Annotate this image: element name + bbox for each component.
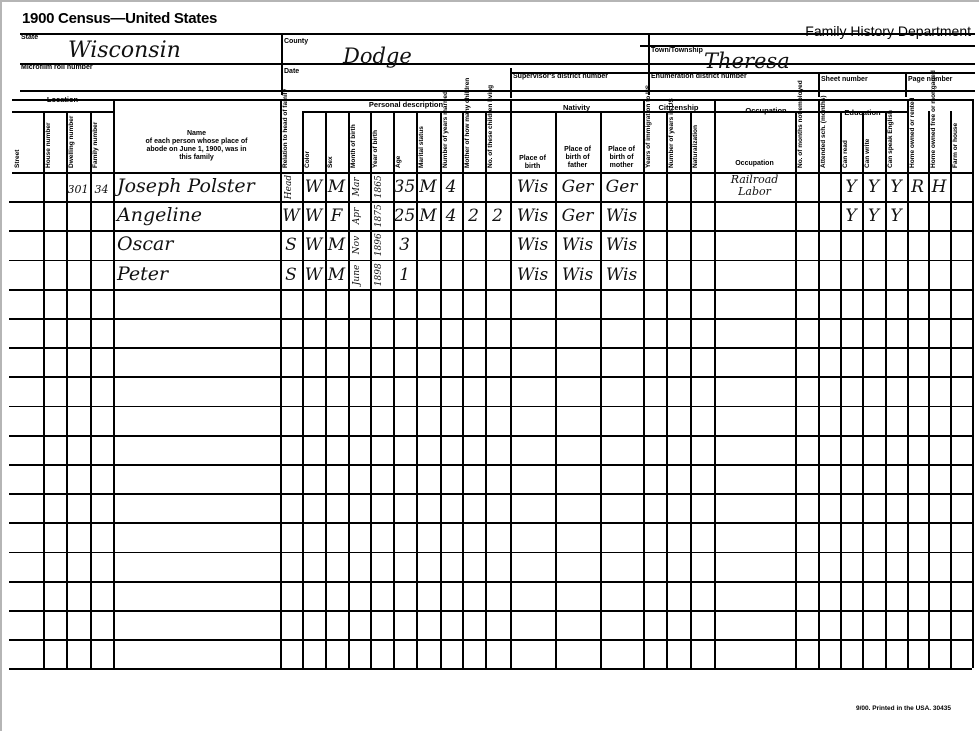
cell-occupation[interactable]: Railroad Labor	[714, 174, 795, 198]
row-rule	[9, 260, 972, 262]
rule-line	[302, 111, 510, 113]
cell-marital[interactable]: M	[416, 177, 440, 197]
cell-sex[interactable]: M	[325, 177, 348, 197]
group-nativity: Nativity	[510, 103, 643, 112]
cell-name[interactable]: Oscar	[117, 234, 284, 254]
cell-name[interactable]: Angeline	[117, 205, 284, 225]
column-header-attended: Attended sch. (months)	[820, 117, 838, 168]
row-rule	[9, 318, 972, 320]
cell-relation[interactable]: S	[280, 265, 302, 285]
supervisor-label: Supervisor's district number	[513, 73, 608, 81]
rule-line	[20, 63, 975, 65]
cell-mother_birth[interactable]: Ger	[600, 177, 643, 197]
cell-sex[interactable]: F	[325, 206, 348, 226]
cell-relation[interactable]: Head	[280, 174, 302, 200]
department-name: Family History Department	[805, 23, 971, 39]
cell-write[interactable]: Y	[862, 177, 885, 197]
cell-birth[interactable]: Wis	[510, 235, 555, 255]
scan-border-top	[0, 0, 979, 2]
header-bottom-rule	[20, 90, 975, 92]
column-divider	[43, 111, 45, 668]
rule-line	[905, 72, 907, 97]
column-header-birth: Place of birth	[510, 155, 555, 171]
cell-mother_birth[interactable]: Wis	[600, 265, 643, 285]
row-rule	[9, 668, 972, 670]
date-label: Date	[284, 68, 299, 76]
town-value[interactable]: Theresa	[704, 49, 790, 73]
column-header-dwelling: Dwelling number	[68, 117, 88, 168]
row-rule	[9, 289, 972, 291]
cell-color[interactable]: W	[302, 206, 325, 226]
cell-read[interactable]: Y	[840, 206, 862, 226]
column-header-color: Color	[304, 117, 323, 168]
state-label: State	[21, 34, 38, 42]
group-location: Location	[12, 95, 113, 104]
column-header-mother_birth: Place of birth of mother	[600, 146, 643, 170]
column-divider	[643, 99, 645, 668]
cell-speak[interactable]: Y	[885, 206, 907, 226]
row-rule	[9, 347, 972, 349]
cell-color[interactable]: W	[302, 235, 325, 255]
rule-line	[281, 33, 283, 95]
column-header-immigration: Years of immigration to US	[645, 117, 664, 168]
cell-years_married[interactable]: 4	[440, 206, 462, 226]
cell-name[interactable]: Peter	[117, 264, 284, 284]
column-header-house: House number	[45, 117, 64, 168]
column-header-naturalization: Naturalization	[692, 117, 712, 168]
cell-father_birth[interactable]: Wis	[555, 265, 600, 285]
county-label: County	[284, 38, 308, 46]
cell-relation[interactable]: S	[280, 235, 302, 255]
cell-year[interactable]: 1898	[370, 262, 393, 288]
row-rule	[9, 406, 972, 408]
rule-line	[818, 72, 820, 97]
cell-birth[interactable]: Wis	[510, 177, 555, 197]
cell-year[interactable]: 1896	[370, 232, 393, 258]
cell-mother_of[interactable]: 2	[462, 206, 485, 226]
cell-month[interactable]: Apr	[348, 203, 370, 229]
cell-age[interactable]: 1	[393, 265, 416, 285]
cell-month[interactable]: Nov	[348, 232, 370, 258]
column-header-sex: Sex	[327, 117, 346, 168]
column-header-father_birth: Place of birth of father	[555, 146, 600, 170]
row-rule	[9, 493, 972, 495]
row-rule	[9, 522, 972, 524]
column-header-year: Year of birth	[372, 117, 391, 168]
cell-marital[interactable]: M	[416, 206, 440, 226]
cell-years_married[interactable]: 4	[440, 177, 462, 197]
cell-father_birth[interactable]: Wis	[555, 235, 600, 255]
row-rule	[9, 376, 972, 378]
column-divider	[462, 111, 464, 668]
row-rule	[9, 610, 972, 612]
column-divider	[950, 111, 952, 668]
column-header-free_mortgaged: Home owned free or mortgaged	[930, 117, 948, 168]
row-rule	[9, 201, 972, 203]
cell-sex[interactable]: M	[325, 235, 348, 255]
column-divider	[972, 99, 974, 668]
column-header-occupation: Occupation	[714, 160, 795, 168]
row-rule	[9, 230, 972, 232]
cell-children_living[interactable]: 2	[485, 206, 510, 226]
column-header-write: Can write	[864, 117, 883, 168]
rule-line	[12, 111, 113, 113]
column-divider	[485, 111, 487, 668]
column-header-relation: Relation to head of family	[282, 117, 300, 168]
cell-name[interactable]: Joseph Polster	[117, 176, 284, 196]
cell-age[interactable]: 35	[393, 177, 416, 197]
group-citizenship: Citizenship	[643, 103, 714, 112]
cell-color[interactable]: W	[302, 265, 325, 285]
column-header-months_unemployed: No. of months not employed	[797, 117, 816, 168]
cell-owned_rented[interactable]: R	[907, 177, 928, 197]
column-header-read: Can read	[842, 117, 860, 168]
cell-month[interactable]: June	[348, 262, 370, 288]
column-header-name: Name of each person whose place of abode…	[113, 130, 280, 162]
scan-border-left	[0, 0, 2, 731]
cell-birth[interactable]: Wis	[510, 206, 555, 226]
cell-family[interactable]: 34	[90, 180, 113, 200]
cell-age[interactable]: 25	[393, 206, 416, 226]
cell-free_mortgaged[interactable]: H	[928, 177, 950, 197]
row-rule	[9, 464, 972, 466]
column-divider	[795, 111, 797, 668]
column-header-family: Family number	[92, 117, 111, 168]
enumeration-label: Enumeration district number	[651, 73, 747, 81]
state-value[interactable]: Wisconsin	[68, 38, 181, 63]
row-rule	[9, 435, 972, 437]
column-divider	[666, 111, 668, 668]
cell-age[interactable]: 3	[393, 235, 416, 255]
row-rule	[9, 581, 972, 583]
cell-read[interactable]: Y	[840, 177, 862, 197]
cell-sex[interactable]: M	[325, 265, 348, 285]
column-header-speak: Can speak English	[887, 117, 905, 168]
cell-dwelling[interactable]: 301	[66, 180, 90, 200]
cell-year[interactable]: 1875	[370, 203, 393, 229]
header-top-rule	[20, 33, 975, 35]
column-header-years_us: Number of years in US	[668, 117, 688, 168]
cell-color[interactable]: W	[302, 177, 325, 197]
cell-month[interactable]: Mar	[348, 174, 370, 200]
column-header-month: Month of birth	[350, 117, 368, 168]
cell-speak[interactable]: Y	[885, 177, 907, 197]
microfilm-label: Microfilm roll number	[21, 64, 93, 72]
column-header-age: Age	[395, 117, 414, 168]
county-value[interactable]: Dodge	[343, 44, 412, 68]
cell-birth[interactable]: Wis	[510, 265, 555, 285]
row-rule	[9, 552, 972, 554]
header-row-rule	[12, 172, 972, 174]
cell-relation[interactable]: W	[280, 206, 302, 226]
cell-year[interactable]: 1865	[370, 174, 393, 200]
column-divider	[818, 99, 820, 668]
column-header-mother_of: Mother of how many children	[464, 117, 483, 168]
sheet-label: Sheet number	[821, 76, 868, 84]
column-header-marital: Marital status	[418, 117, 438, 168]
cell-mother_birth[interactable]: Wis	[600, 206, 643, 226]
column-divider	[690, 111, 692, 668]
form-title: 1900 Census—United States	[22, 10, 217, 27]
print-info: 9/00. Printed in the USA. 30435	[856, 705, 951, 712]
column-header-owned_rented: Home owned or rented	[909, 117, 926, 168]
column-header-street: Street	[14, 117, 41, 168]
group-personal: Personal description	[302, 100, 510, 109]
column-header-farm_house: Farm or house	[952, 117, 970, 168]
cell-mother_birth[interactable]: Wis	[600, 235, 643, 255]
cell-father_birth[interactable]: Ger	[555, 177, 600, 197]
row-rule	[9, 639, 972, 641]
town-label: Town/Township	[651, 47, 703, 55]
column-header-years_married: Number of years married	[442, 117, 460, 168]
cell-write[interactable]: Y	[862, 206, 885, 226]
column-header-children_living: No. of these children living	[487, 117, 508, 168]
cell-father_birth[interactable]: Ger	[555, 206, 600, 226]
column-divider	[113, 99, 115, 668]
